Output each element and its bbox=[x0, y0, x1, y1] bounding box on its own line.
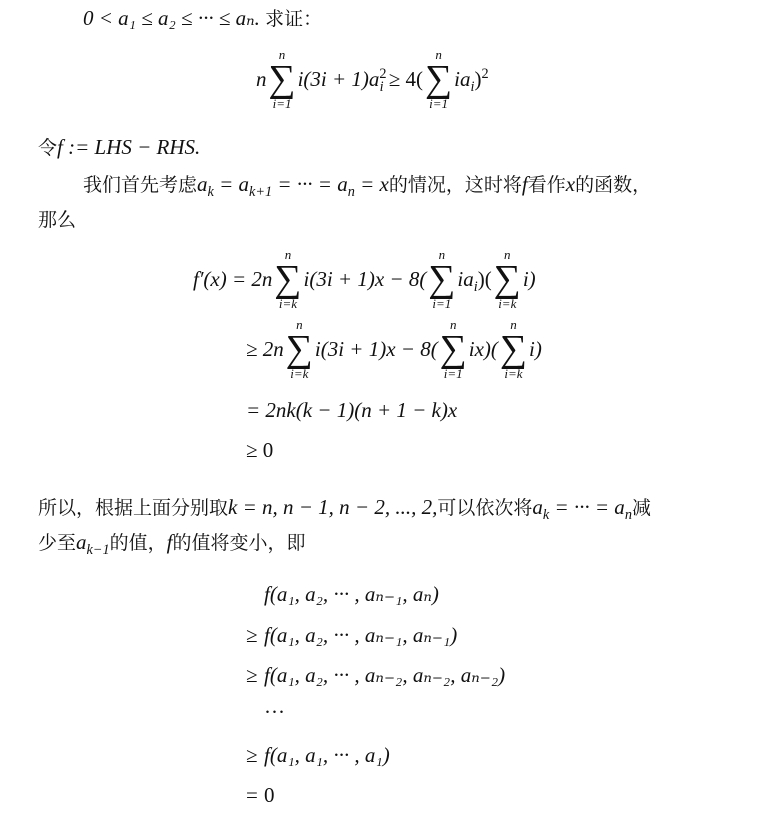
sum-symbol: n∑i=1 bbox=[428, 248, 455, 310]
text: 看作 bbox=[528, 174, 566, 196]
problem-condition: 0 < a₁ ≤ a₂ ≤ ··· ≤ aₙ. 求证： bbox=[83, 4, 322, 31]
chain-line-4: ··· bbox=[246, 700, 285, 725]
paragraph-2-line-2: 少至ak−1的值，f的值将变小，即 bbox=[38, 528, 305, 555]
chain-line-6: =0 bbox=[246, 783, 275, 808]
chain-line-3: ≥f(a₁, a₂, ··· , aₙ₋₂, aₙ₋₂, aₙ₋₂) bbox=[246, 663, 505, 688]
derivative-line-2: ≥ 2n n∑i=k i(3i + 1)x − 8( n∑i=1 ix)( n∑… bbox=[246, 318, 542, 380]
sum-symbol: n ∑ i=1 bbox=[269, 48, 296, 110]
text: 所以，根据上面分别取 bbox=[38, 497, 228, 519]
sum-symbol: n∑i=k bbox=[494, 248, 521, 310]
definition-expr: f := LHS − RHS. bbox=[57, 135, 200, 159]
sum-symbol: n∑i=k bbox=[500, 318, 527, 380]
main-inequality: n n ∑ i=1 i(3i + 1)a2i ≥ 4( n ∑ i=1 iai)… bbox=[256, 48, 489, 110]
derivative-line-1: f′(x) = 2n n∑i=k i(3i + 1)x − 8( n∑i=1 i… bbox=[193, 248, 536, 310]
chain-line-5: ≥f(a₁, a₁, ··· , a₁) bbox=[246, 743, 390, 768]
text: 我们首先考虑 bbox=[83, 174, 197, 196]
relation: ≥ 4( bbox=[384, 67, 424, 92]
text: 的函数， bbox=[575, 174, 651, 196]
chain-line-1: f(a₁, a₂, ··· , aₙ₋₁, aₙ) bbox=[246, 582, 439, 607]
sum-symbol: n∑i=k bbox=[274, 248, 301, 310]
text: 的值将变小，即 bbox=[172, 532, 305, 554]
definition-line: 令f := LHS − RHS. bbox=[38, 133, 200, 160]
text: 可以依次将 bbox=[437, 497, 532, 519]
text: 的情况，这时将 bbox=[389, 174, 522, 196]
prove-label: 求证： bbox=[265, 8, 322, 30]
text: 的值， bbox=[110, 532, 167, 554]
sum-symbol: n∑i=k bbox=[286, 318, 313, 380]
derivative-lhs: f′(x) = 2n bbox=[193, 267, 272, 292]
text: 少至 bbox=[38, 532, 76, 554]
sum-lower: i=1 bbox=[273, 97, 292, 110]
text: 减 bbox=[632, 497, 651, 519]
definition-prefix: 令 bbox=[38, 137, 57, 159]
paragraph-1-line-2: 那么 bbox=[38, 205, 76, 232]
sum-symbol: n ∑ i=1 bbox=[425, 48, 452, 110]
sum-lower: i=1 bbox=[429, 97, 448, 110]
condition-math: 0 < a₁ ≤ a₂ ≤ ··· ≤ aₙ. bbox=[83, 6, 260, 30]
derivative-line-3: = 2nk(k − 1)(n + 1 − k)x bbox=[246, 398, 457, 423]
derivative-line-4: ≥ 0 bbox=[246, 438, 273, 463]
lhs-coef: n bbox=[256, 67, 267, 92]
sum-symbol: n∑i=1 bbox=[440, 318, 467, 380]
rhs-term: iai)2 bbox=[454, 67, 488, 92]
paragraph-1-line-1: 我们首先考虑ak = ak+1 = ··· = an = x的情况，这时将f看作… bbox=[83, 170, 651, 197]
paragraph-2-line-1: 所以，根据上面分别取k = n, n − 1, n − 2, ..., 2,可以… bbox=[38, 493, 651, 520]
lhs-term: i(3i + 1)a2i bbox=[298, 67, 384, 92]
chain-line-2: ≥f(a₁, a₂, ··· , aₙ₋₁, aₙ₋₁) bbox=[246, 623, 457, 648]
